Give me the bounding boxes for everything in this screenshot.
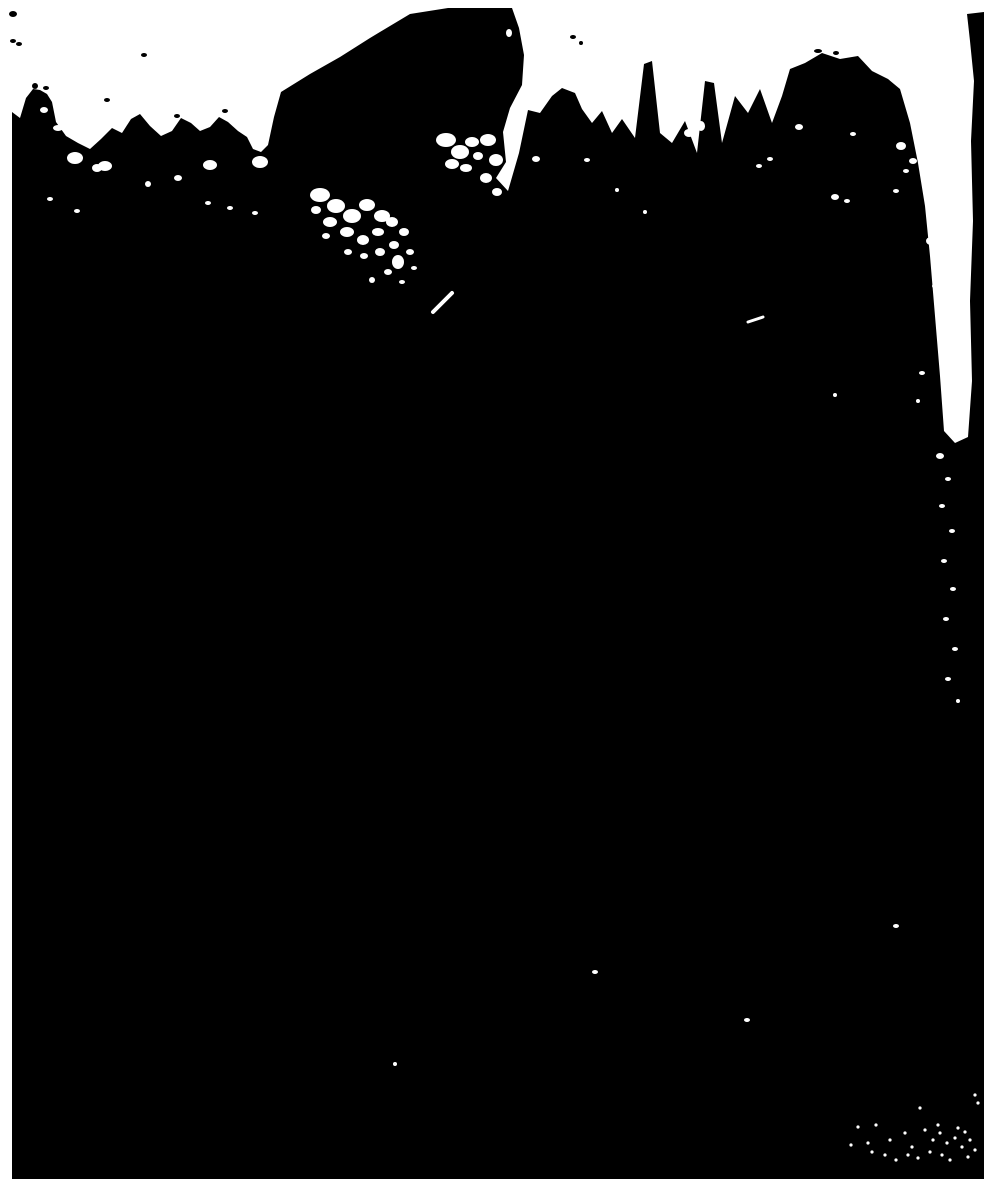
speckle-dot [973,1093,976,1096]
speckle-dot [966,1155,969,1158]
white-hole [795,124,803,130]
white-hole [506,29,512,37]
white-hole [460,164,472,172]
white-hole [357,235,369,245]
white-hole [174,175,182,181]
white-hole [941,559,947,563]
white-hole [145,181,151,187]
speckle-dot [931,1138,934,1141]
white-hole [252,211,258,215]
white-hole [584,158,590,162]
white-hole [939,504,945,508]
white-hole [399,280,405,284]
sky-speck [141,53,147,57]
white-hole [492,188,502,196]
speckle-dot [953,1136,956,1139]
white-hole [343,209,361,223]
white-hole [756,164,762,168]
speckle-dot [866,1141,869,1144]
white-hole [227,206,233,210]
white-hole [925,193,933,199]
sky-speck [43,86,49,90]
white-hole [950,587,956,591]
white-hole [697,121,705,131]
speckle-dot [888,1138,891,1141]
speckle-dot [976,1101,979,1104]
white-hole [893,189,899,193]
white-hole [375,248,385,256]
black-silhouette-mass [12,8,984,1179]
white-hole [205,201,211,205]
white-hole [384,269,392,275]
white-hole [833,393,837,397]
white-hole [945,677,951,681]
white-hole [436,133,456,147]
sky-speck [104,98,110,102]
white-hole [393,1062,397,1066]
white-hole [40,107,48,113]
white-hole [935,213,943,219]
white-hole [344,249,352,255]
white-hole [411,266,417,270]
white-hole [327,199,345,213]
white-hole [323,217,337,227]
white-hole [406,249,414,255]
white-hole [767,157,773,161]
binarized-photo [0,0,998,1195]
speckle-dot [940,1153,943,1156]
sky-speck [16,42,22,46]
white-hole [926,237,936,245]
white-hole [831,194,839,200]
white-hole [903,169,909,173]
white-hole [47,197,53,201]
white-hole [74,209,80,213]
sky-speck [222,109,228,113]
white-hole [931,172,941,180]
speckle-dot [960,1145,963,1148]
white-hole [744,1018,750,1022]
sky-speck [300,80,306,84]
white-hole [936,453,944,459]
speckle-dot [948,1158,951,1161]
white-hole [252,156,268,168]
speckle-dot [870,1150,873,1153]
white-hole [53,125,63,131]
speckle-dot [945,1141,948,1144]
white-hole [909,158,917,164]
sky-speck [814,49,822,53]
white-hole [949,529,955,533]
white-hole [465,137,479,147]
white-hole [532,156,540,162]
speckle-dot [956,1126,959,1129]
white-hole [943,617,949,621]
white-hole [445,159,459,169]
sky-speck [579,41,583,45]
white-hole [372,228,384,236]
speckle-dot [874,1123,877,1126]
white-hole [932,283,940,289]
speckle-dot [973,1148,976,1151]
white-hole [67,152,83,164]
sky-speck [9,11,17,17]
white-hole [480,134,496,146]
speckle-dot [910,1145,913,1148]
speckle-dot [938,1131,941,1134]
white-hole [98,161,112,171]
white-hole [399,228,409,236]
speckle-dot [918,1106,921,1109]
white-hole [592,970,598,974]
white-hole [473,152,483,160]
white-hole [844,199,850,203]
white-hole [360,253,368,259]
white-hole [952,647,958,651]
white-hole [369,277,375,283]
speckle-dot [849,1143,852,1146]
sky-speck [570,35,576,39]
sky-speck [32,83,38,89]
sky-speck [10,39,16,43]
white-hole [392,255,404,269]
white-hole [916,399,920,403]
speckle-dot [963,1130,966,1133]
white-hole [340,227,354,237]
white-hole [480,173,492,183]
white-hole [893,924,899,928]
figure-page [0,0,998,1195]
white-hole [310,188,330,202]
speckle-dot [906,1153,909,1156]
white-hole [451,145,469,159]
sky-speck [174,114,180,118]
speckle-dot [883,1153,886,1156]
white-hole [956,699,960,703]
white-hole [684,129,694,137]
white-hole [389,241,399,249]
white-hole [311,206,321,214]
speckle-dot [928,1150,931,1153]
speckle-dot [916,1156,919,1159]
white-hole [850,132,856,136]
white-hole [489,154,503,166]
sky-speck [833,51,839,55]
speckle-dot [903,1131,906,1134]
speckle-dot [856,1125,859,1128]
white-hole [615,188,619,192]
white-hole [322,233,330,239]
white-hole [896,142,906,150]
white-hole [919,371,925,375]
white-hole [945,477,951,481]
white-hole [920,146,932,156]
speckle-dot [894,1158,897,1161]
white-hole [203,160,217,170]
sky-speck [314,72,320,76]
white-hole [643,210,647,214]
white-hole [386,217,398,227]
speckle-dot [936,1123,939,1126]
speckle-dot [923,1128,926,1131]
white-hole [359,199,375,211]
white-hole [939,258,947,264]
speckle-dot [968,1138,971,1141]
